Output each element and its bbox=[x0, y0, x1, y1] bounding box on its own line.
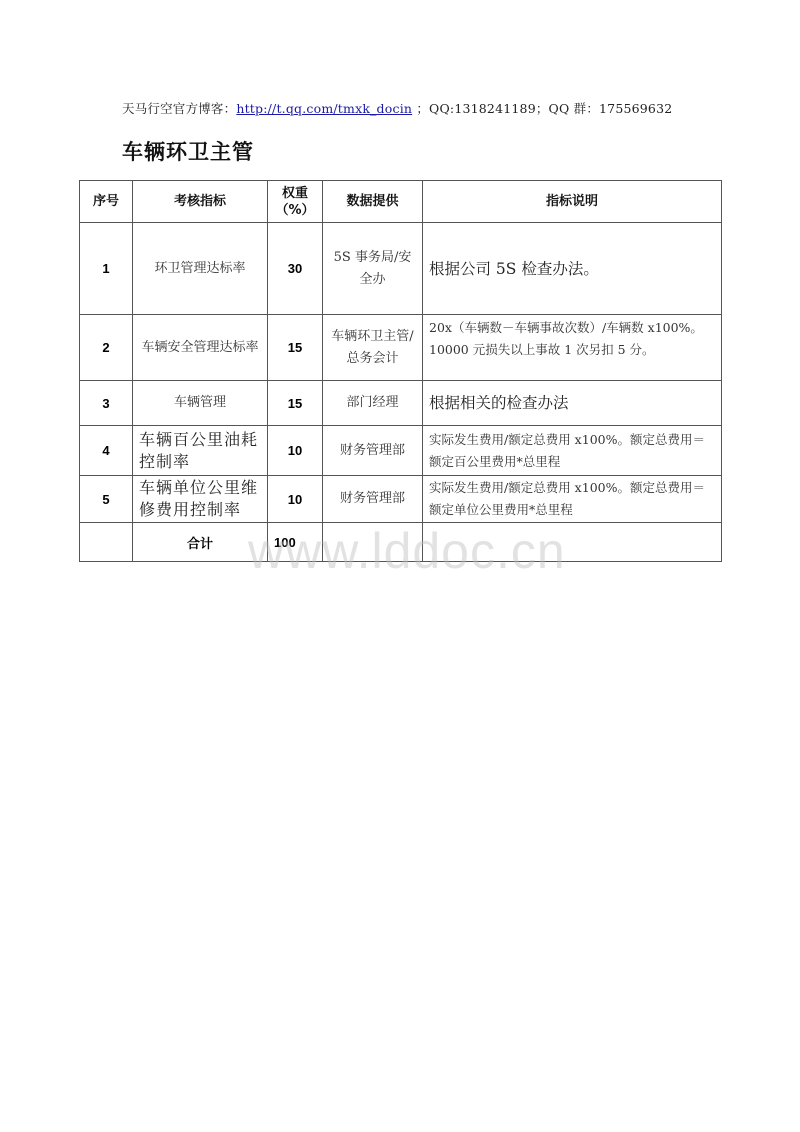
row-indicator: 车辆安全管理达标率 bbox=[133, 315, 268, 381]
row-no: 1 bbox=[80, 223, 133, 315]
row-source: 车辆环卫主管/总务会计 bbox=[323, 315, 423, 381]
row-source: 5S 事务局/安全办 bbox=[323, 223, 423, 315]
row-description: 实际发生费用/额定总费用 x100%。额定总费用＝额定单位公里费用*总里程 bbox=[423, 476, 722, 523]
table-header-row: 序号 考核指标 权重（%） 数据提供 指标说明 bbox=[80, 181, 722, 223]
blog-label: 天马行空官方博客： bbox=[122, 101, 236, 116]
row-weight: 10 bbox=[268, 476, 323, 523]
total-source-empty bbox=[323, 523, 423, 562]
col-header-weight: 权重（%） bbox=[268, 181, 323, 223]
row-source: 部门经理 bbox=[323, 381, 423, 426]
total-no-empty bbox=[80, 523, 133, 562]
row-weight: 10 bbox=[268, 426, 323, 476]
row-source: 财务管理部 bbox=[323, 426, 423, 476]
row-weight: 15 bbox=[268, 381, 323, 426]
row-description: 根据相关的检查办法 bbox=[423, 381, 722, 426]
row-source: 财务管理部 bbox=[323, 476, 423, 523]
table-row: 1 环卫管理达标率 30 5S 事务局/安全办 根据公司 5S 检查办法。 bbox=[80, 223, 722, 315]
total-label: 合计 bbox=[133, 523, 268, 562]
kpi-table: 序号 考核指标 权重（%） 数据提供 指标说明 1 环卫管理达标率 30 5S … bbox=[79, 180, 722, 562]
row-indicator: 车辆单位公里维修费用控制率 bbox=[133, 476, 268, 523]
row-indicator: 环卫管理达标率 bbox=[133, 223, 268, 315]
header-line: 天马行空官方博客：http://t.qq.com/tmxk_docin ；QQ:… bbox=[122, 99, 672, 117]
row-description: 20x（车辆数－车辆事故次数）/车辆数 x100%。10000 元损失以上事故 … bbox=[423, 315, 722, 381]
table-row: 5 车辆单位公里维修费用控制率 10 财务管理部 实际发生费用/额定总费用 x1… bbox=[80, 476, 722, 523]
col-header-source: 数据提供 bbox=[323, 181, 423, 223]
total-weight: 100 bbox=[268, 523, 323, 562]
row-indicator: 车辆管理 bbox=[133, 381, 268, 426]
row-indicator: 车辆百公里油耗控制率 bbox=[133, 426, 268, 476]
table-row: 2 车辆安全管理达标率 15 车辆环卫主管/总务会计 20x（车辆数－车辆事故次… bbox=[80, 315, 722, 381]
blog-link[interactable]: http://t.qq.com/tmxk_docin bbox=[236, 101, 412, 116]
row-weight: 15 bbox=[268, 315, 323, 381]
total-description-empty bbox=[423, 523, 722, 562]
row-no: 5 bbox=[80, 476, 133, 523]
row-description: 实际发生费用/额定总费用 x100%。额定总费用＝额定百公里费用*总里程 bbox=[423, 426, 722, 476]
row-no: 3 bbox=[80, 381, 133, 426]
row-no: 2 bbox=[80, 315, 133, 381]
table-row: 4 车辆百公里油耗控制率 10 财务管理部 实际发生费用/额定总费用 x100%… bbox=[80, 426, 722, 476]
col-header-no: 序号 bbox=[80, 181, 133, 223]
contact-info: ；QQ:1318241189；QQ 群：175569632 bbox=[412, 101, 672, 116]
col-header-indicator: 考核指标 bbox=[133, 181, 268, 223]
table-row: 3 车辆管理 15 部门经理 根据相关的检查办法 bbox=[80, 381, 722, 426]
page-title: 车辆环卫主管 bbox=[122, 136, 254, 166]
col-header-description: 指标说明 bbox=[423, 181, 722, 223]
row-description: 根据公司 5S 检查办法。 bbox=[423, 223, 722, 315]
table-total-row: 合计 100 bbox=[80, 523, 722, 562]
row-no: 4 bbox=[80, 426, 133, 476]
row-weight: 30 bbox=[268, 223, 323, 315]
